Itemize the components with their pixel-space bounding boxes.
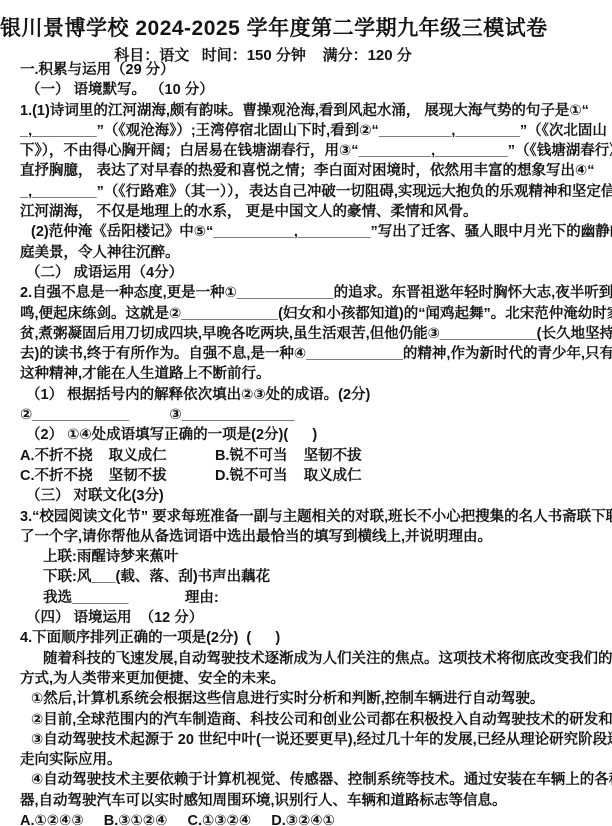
- text-line: 鸣,便起床练剑。这就是②____________(妇女和小孩都知道)的“闻鸡起舞…: [0, 304, 612, 324]
- text-line: 了一个字,请你帮他从备选词语中选出最恰当的填写到横线上,并说明理由。: [0, 527, 612, 547]
- text-line: 2.自强不息是一种态度,更是一种①____________的追求。东晋祖逖年轻时…: [0, 283, 612, 303]
- text-line: C.不折不挠 坚韧不拔 D.锐不可当 取义成仁: [0, 466, 612, 486]
- text-line: _,________”（《观沧海》）;王湾停宿北固山下时,看到②“_______…: [0, 121, 612, 141]
- text-line: ③自动驾驶技术起源于 20 世纪中叶(一说还要更早),经过几十年的发展,已经从理…: [0, 730, 612, 750]
- text-line: 3.“校园阅读文化节” 要求每班准备一副与主题相关的对联,班长不小心把搜集的名人…: [0, 507, 612, 527]
- text-line: 一.积累与运用（29 分）: [0, 60, 612, 80]
- text-line: 下》），不由得心胸开阔；白居易在钱塘湖春行，用③“_________,_____…: [0, 141, 612, 161]
- exam-body: 一.积累与运用（29 分）（一） 语境默写。 （10 分）1.(1)诗词里的江河…: [0, 60, 612, 826]
- text-line: 1.(1)诗词里的江河湖海,颇有韵味。曹操观沧海,看到风起水涌， 展现大海气势的…: [0, 101, 612, 121]
- text-line: （三） 对联文化(3分): [0, 486, 612, 506]
- exam-title: 银川景博学校 2024-2025 学年度第二学期九年级三模试卷: [0, 12, 542, 42]
- text-line: 贫,煮粥凝固后用刀切成四块,早晚各吃两块,虽生活艰苦,但他仍能③________…: [0, 324, 612, 344]
- text-line: _,________”（《行路难》（其一）），表达自己冲破一切阻碍,实现远大抱负…: [0, 182, 612, 202]
- text-line: （2） ①④处成语填写正确的一项是(2分)( ): [0, 425, 612, 445]
- text-line: 器,自动驾驶汽车可以实时感知周围环境,识别行人、车辆和道路标志等信息。: [0, 791, 612, 811]
- text-line: ④自动驾驶技术主要依赖于计算机视觉、传感器、控制系统等技术。通过安装在车辆上的各…: [0, 770, 612, 790]
- text-line: （二） 成语运用（4分）: [0, 263, 612, 283]
- text-line: （一） 语境默写。 （10 分）: [0, 80, 612, 100]
- text-line: 方式,为人类带来更加便捷、安全的未来。: [0, 669, 612, 689]
- text-line: ②____________ ③______________: [0, 405, 612, 425]
- text-line: 我选_______ 理由:: [0, 588, 612, 608]
- text-line: A.不折不挠 取义成仁 B.锐不可当 坚韧不拔: [0, 446, 612, 466]
- text-line: 江河湖海， 不仅是地理上的水系， 更是中国文人的豪情、柔情和风骨。: [0, 202, 612, 222]
- text-line: 4.下面顺序排列正确的一项是(2分) ( ): [0, 628, 612, 648]
- text-line: A.①②④③ B.③①②④ C.①③②④ D.③②④①: [0, 811, 612, 826]
- exam-paper: 银川景博学校 2024-2025 学年度第二学期九年级三模试卷 科目：语文 时间…: [0, 0, 612, 826]
- text-line: 直抒胸臆， 表达了对早春的热爱和喜悦之情；李白面对困境时，依然用丰富的想象写出④…: [0, 161, 612, 181]
- text-line: ①然后,计算机系统会根据这些信息进行实时分析和判断,控制车辆进行自动驾驶。: [0, 689, 612, 709]
- text-line: （四） 语境运用 （12 分）: [0, 608, 612, 628]
- text-line: 这种精神,才能在人生道路上不断前行。: [0, 364, 612, 384]
- text-line: (2)范仲淹《岳阳楼记》中⑤“__________,_________”写出了迁…: [0, 222, 612, 242]
- text-line: 上联:雨醒诗梦来蕉叶: [0, 547, 612, 567]
- text-line: 庭美景，令人神往沉醉。: [0, 243, 612, 263]
- text-line: ②目前,全球范围内的汽车制造商、科技公司和创业公司都在积极投入自动驾驶技术的研发…: [0, 710, 612, 730]
- text-line: （1） 根据括号内的解释依次填出②③处的成语。(2分): [0, 385, 612, 405]
- text-line: 去)的读书,终于有所作为。自强不息,是一种④____________的精神,作为…: [0, 344, 612, 364]
- text-line: 走向实际应用。: [0, 750, 612, 770]
- text-line: 随着科技的飞速发展,自动驾驶技术逐渐成为人们关注的焦点。这项技术将彻底改变我们的…: [0, 649, 612, 669]
- text-line: 下联:风___(载、落、刮)书声出藕花: [0, 567, 612, 587]
